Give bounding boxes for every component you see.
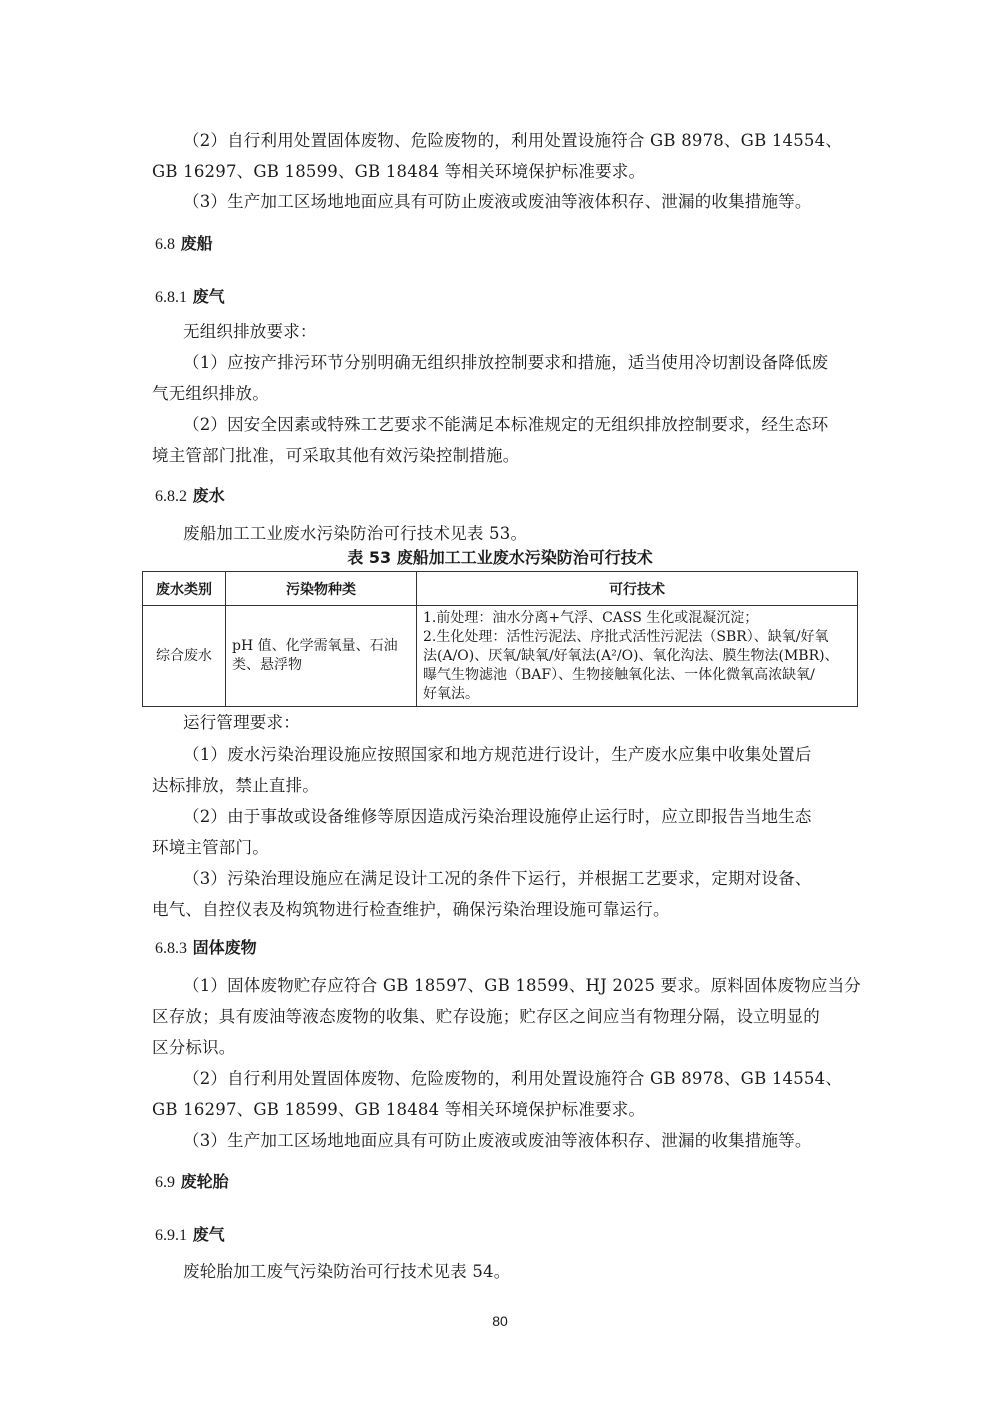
- section-number: 6.9.1: [155, 1227, 187, 1244]
- paragraph-line: 无组织排放要求：: [183, 322, 317, 342]
- table-53: 废水类别 污染物种类 可行技术 综合废水 pH 值、化学需氧量、石油类、悬浮物 …: [142, 571, 858, 707]
- section-heading-6-8-2: 6.8.2 废水: [155, 486, 225, 507]
- section-number: 6.8.3: [155, 940, 187, 957]
- column-header: 可行技术: [417, 572, 858, 606]
- paragraph-line: （1）废水污染治理设施应按照国家和地方规范进行设计，生产废水应集中收集处置后: [183, 745, 812, 765]
- tech-line: 法(A/O)、厌氧/缺氧/好氧法(A²/O)、氧化沟法、膜生物法(MBR)、: [423, 647, 851, 666]
- paragraph-line: 废轮胎加工废气污染防治可行技术见表 54。: [183, 1262, 510, 1282]
- column-header: 污染物种类: [226, 572, 417, 606]
- paragraph-line: 达标排放，禁止直排。: [152, 776, 319, 796]
- paragraph-line: 境主管部门批准，可采取其他有效污染控制措施。: [152, 446, 519, 466]
- paragraph-line: 电气、自控仪表及构筑物进行检查维护，确保污染治理设施可靠运行。: [152, 900, 670, 920]
- table-header-row: 废水类别 污染物种类 可行技术: [143, 572, 858, 606]
- tech-line: 1.前处理：油水分离+气浮、CASS 生化或混凝沉淀；: [423, 609, 851, 628]
- section-title: 废船: [181, 234, 213, 253]
- paragraph-line: 运行管理要求：: [183, 713, 300, 733]
- section-number: 6.9: [155, 1174, 175, 1191]
- tech-line: 曝气生物滤池（BAF）、生物接触氧化法、一体化微氧高浓缺氧/: [423, 666, 851, 685]
- tech-line: 好氧法。: [423, 685, 851, 704]
- tech-line: 2.生化处理：活性污泥法、序批式活性污泥法（SBR）、缺氧/好氧: [423, 628, 851, 647]
- paragraph-line: （3）生产加工区场地地面应具有可防止废液或废油等液体积存、泄漏的收集措施等。: [183, 192, 812, 212]
- paragraph-line: （1）应按产排污环节分别明确无组织排放控制要求和措施，适当使用冷切割设备降低废: [183, 353, 828, 373]
- section-number: 6.8: [155, 236, 175, 253]
- paragraph-line: （3）生产加工区场地地面应具有可防止废液或废油等液体积存、泄漏的收集措施等。: [183, 1131, 812, 1151]
- section-heading-6-8-3: 6.8.3 固体废物: [155, 938, 257, 959]
- section-heading-6-8-1: 6.8.1 废气: [155, 287, 225, 308]
- document-page: （2）自行利用处置固体废物、危险废物的，利用处置设施符合 GB 8978、GB …: [0, 0, 1000, 1414]
- column-header: 废水类别: [143, 572, 226, 606]
- section-title: 废水: [193, 486, 225, 505]
- paragraph-line: 废船加工工业废水污染防治可行技术见表 53。: [183, 524, 527, 544]
- paragraph-line: 区存放；具有废油等液态废物的收集、贮存设施；贮存区之间应当有物理分隔，设立明显的: [152, 1007, 820, 1027]
- paragraph-line: （2）因安全因素或特殊工艺要求不能满足本标准规定的无组织排放控制要求，经生态环: [183, 415, 828, 435]
- section-heading-6-9-1: 6.9.1 废气: [155, 1225, 225, 1246]
- paragraph-line: （1）固体废物贮存应符合 GB 18597、GB 18599、HJ 2025 要…: [183, 976, 861, 996]
- section-title: 废气: [193, 287, 225, 306]
- table-caption: 表 53 废船加工工业废水污染防治可行技术: [0, 548, 1000, 568]
- page-number: 80: [0, 1313, 1000, 1329]
- section-heading-6-8: 6.8 废船: [155, 234, 213, 255]
- paragraph-line: （2）由于事故或设备维修等原因造成污染治理设施停止运行时，应立即报告当地生态: [183, 807, 812, 827]
- section-number: 6.8.2: [155, 488, 187, 505]
- section-title: 废轮胎: [181, 1172, 229, 1191]
- paragraph-line: （2）自行利用处置固体废物、危险废物的，利用处置设施符合 GB 8978、GB …: [183, 1069, 842, 1089]
- table-cell-pollutants: pH 值、化学需氧量、石油类、悬浮物: [226, 606, 417, 707]
- paragraph-line: 环境主管部门。: [152, 838, 269, 858]
- section-heading-6-9: 6.9 废轮胎: [155, 1172, 229, 1193]
- paragraph-line: 区分标识。: [152, 1038, 236, 1058]
- paragraph-line: （3）污染治理设施应在满足设计工况的条件下运行，并根据工艺要求，定期对设备、: [183, 869, 812, 889]
- paragraph-line: GB 16297、GB 18599、GB 18484 等相关环境保护标准要求。: [152, 1100, 645, 1120]
- section-title: 废气: [193, 1225, 225, 1244]
- paragraph-line: 气无组织排放。: [152, 384, 269, 404]
- table-cell-category: 综合废水: [143, 606, 226, 707]
- paragraph-line: GB 16297、GB 18599、GB 18484 等相关环境保护标准要求。: [152, 162, 645, 182]
- paragraph-line: （2）自行利用处置固体废物、危险废物的，利用处置设施符合 GB 8978、GB …: [183, 131, 842, 151]
- table-row: 综合废水 pH 值、化学需氧量、石油类、悬浮物 1.前处理：油水分离+气浮、CA…: [143, 606, 858, 707]
- table-cell-tech: 1.前处理：油水分离+气浮、CASS 生化或混凝沉淀； 2.生化处理：活性污泥法…: [417, 606, 858, 707]
- section-number: 6.8.1: [155, 289, 187, 306]
- section-title: 固体废物: [193, 938, 257, 957]
